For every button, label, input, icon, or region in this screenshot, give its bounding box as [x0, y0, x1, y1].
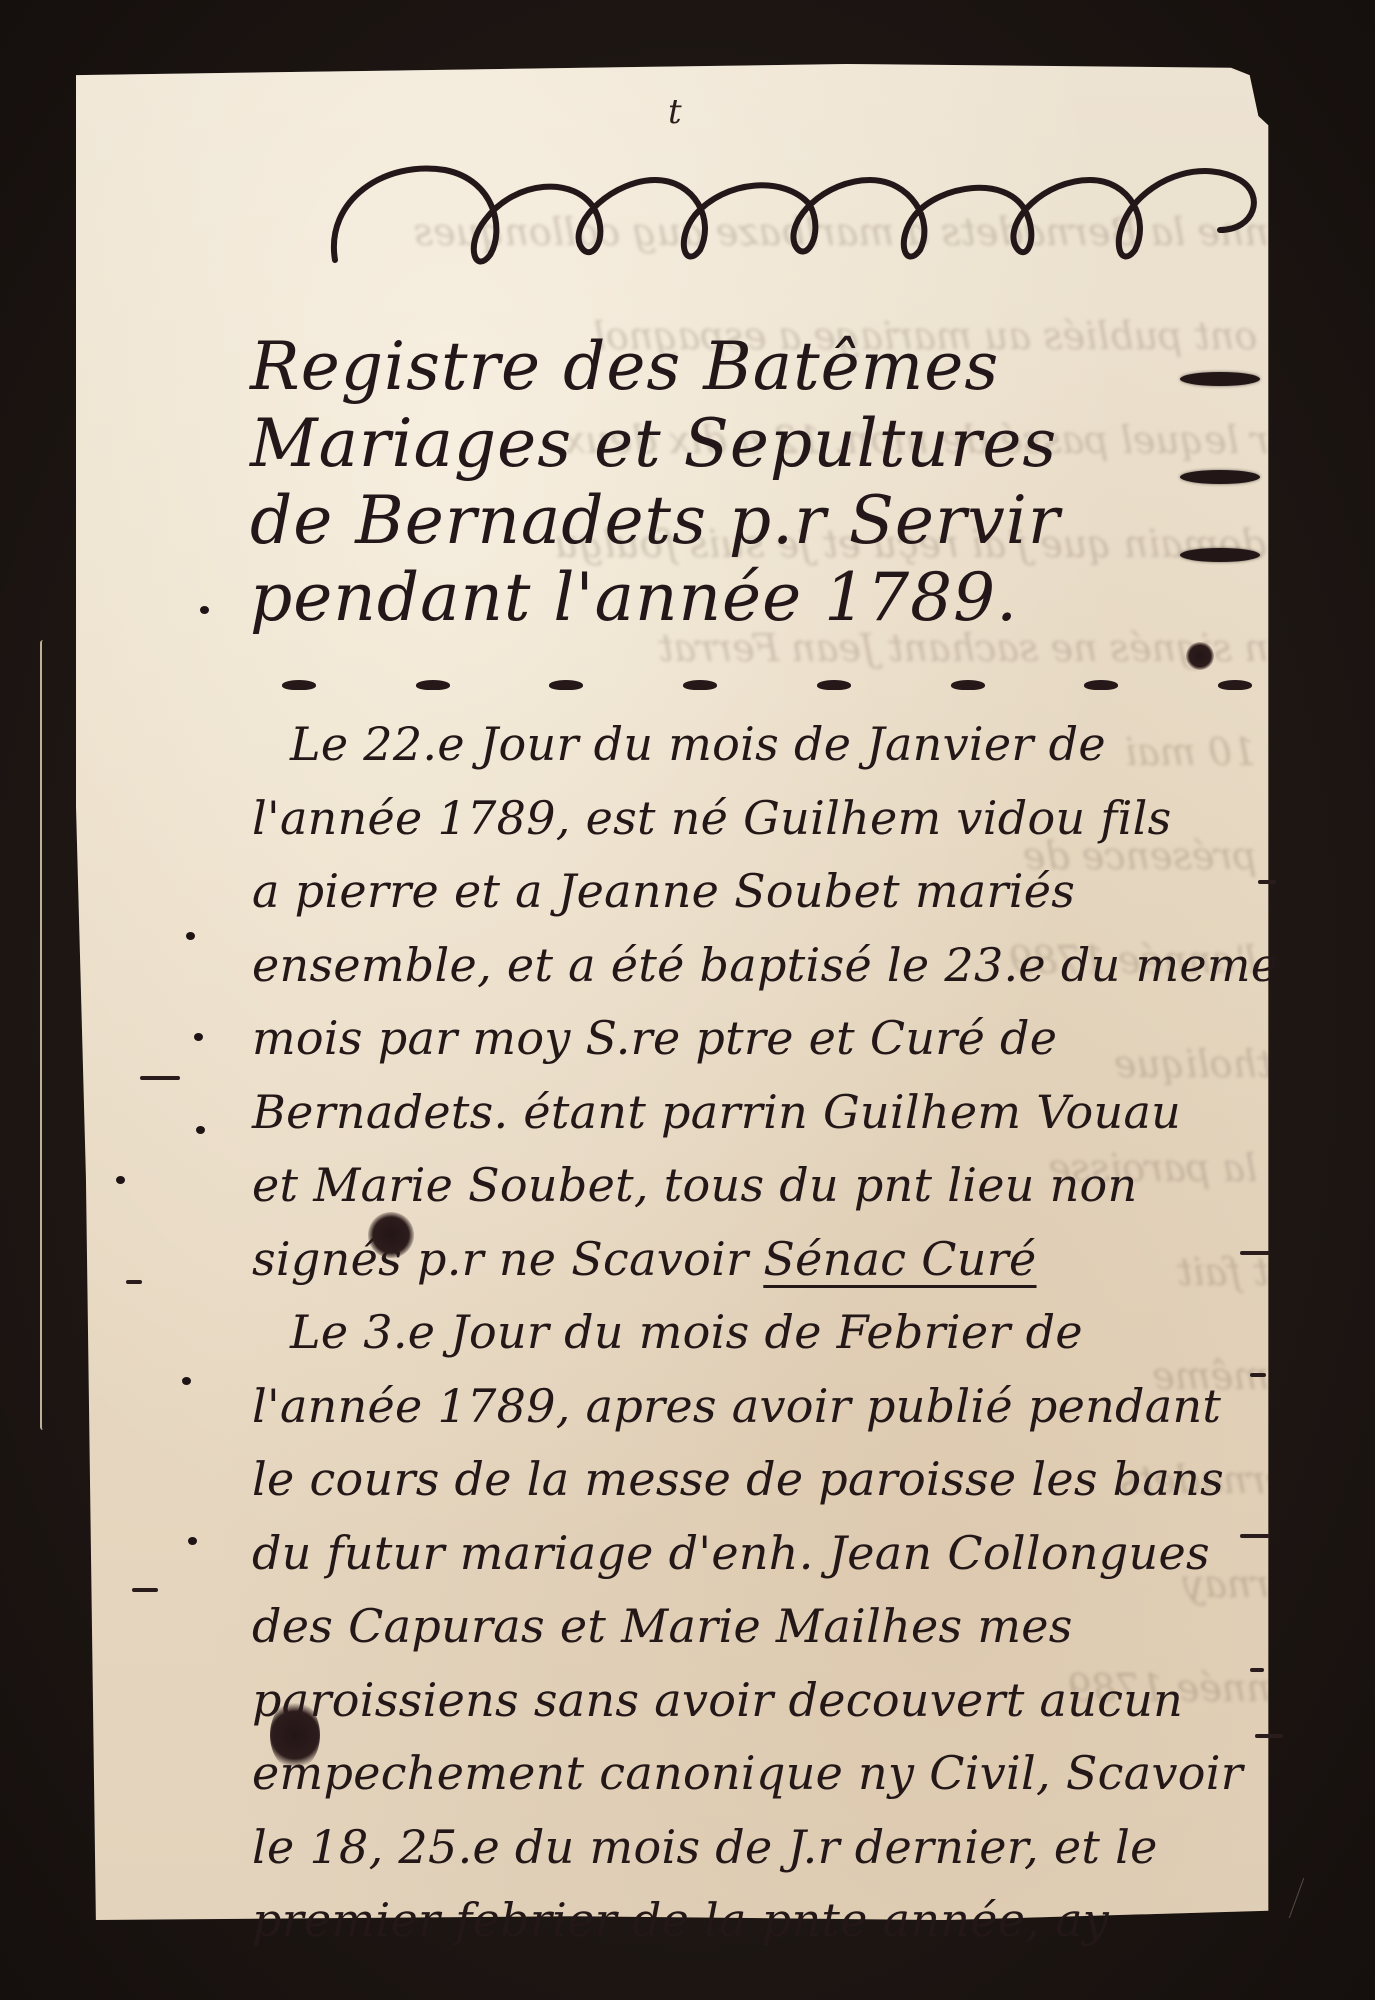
decorative-flourish-icon [325, 150, 1275, 270]
divider-mark [416, 680, 450, 690]
register-title: Registre des Batêmes Mariages et Sepultu… [250, 328, 1170, 636]
title-line: pendant l'année 1789. [250, 559, 1170, 636]
margin-dot [196, 1126, 205, 1134]
margin-dot [194, 1033, 203, 1041]
entry-line: l'année 1789, apres avoir publié pendant [252, 1370, 1282, 1444]
margin-dash [1258, 880, 1276, 884]
title-dash [1180, 548, 1260, 562]
title-line: de Bernadets p.r Servir [250, 482, 1170, 559]
entry-line: ensemble, et a été baptisé le 23.e du me… [252, 929, 1282, 1003]
entry-line: mois par moy S.re ptre et Curé de [252, 1002, 1282, 1076]
margin-dash [1240, 1251, 1270, 1255]
title-line: Mariages et Sepultures [250, 405, 1170, 482]
baptism-entry: Le 22.e Jour du mois de Janvier de l'ann… [252, 708, 1282, 1296]
margin-dot [188, 1537, 197, 1545]
entry-line: paroissiens sans avoir decouvert aucun [252, 1664, 1282, 1738]
register-entries: Le 22.e Jour du mois de Janvier de l'ann… [252, 708, 1282, 1958]
page-marker: t [668, 92, 682, 132]
ink-blot [1186, 642, 1214, 670]
section-divider [282, 680, 1252, 690]
entry-line: le cours de la messe de paroisse les ban… [252, 1443, 1282, 1517]
entry-line: Bernadets. étant parrin Guilhem Vouau [252, 1076, 1282, 1150]
title-line: Registre des Batêmes [250, 328, 1170, 405]
entry-line: du futur mariage d'enh. Jean Collongues [252, 1517, 1282, 1591]
entry-line: et Marie Soubet, tous du pnt lieu non [252, 1149, 1282, 1223]
margin-dash [140, 1076, 180, 1080]
binding-thread [40, 640, 48, 1430]
margin-dot [116, 1176, 125, 1184]
margin-dot [200, 606, 209, 614]
margin-dash [1255, 1734, 1283, 1738]
margin-dash [1250, 1668, 1264, 1672]
entry-line: empechement canonique ny Civil, Scavoir [252, 1737, 1282, 1811]
title-dash [1180, 372, 1260, 386]
margin-dash [126, 1280, 142, 1284]
entry-line: Le 3.e Jour du mois de Febrier de [252, 1296, 1282, 1370]
margin-dash [1250, 1373, 1266, 1377]
margin-dot [182, 1377, 191, 1385]
title-dash [1180, 470, 1260, 484]
entry-line: Le 22.e Jour du mois de Janvier de [252, 708, 1282, 782]
marriage-entry: Le 3.e Jour du mois de Febrier de l'anné… [252, 1296, 1282, 1958]
ink-blot [368, 1212, 414, 1258]
margin-dash [132, 1588, 158, 1592]
entry-line: l'année 1789, est né Guilhem vidou fils [252, 782, 1282, 856]
divider-mark [951, 680, 985, 690]
divider-mark [1218, 680, 1252, 690]
entry-text: signés p.r ne Scavoir [252, 1232, 748, 1286]
divider-mark [282, 680, 316, 690]
margin-dot [186, 932, 195, 940]
margin-dash [1240, 1534, 1270, 1538]
divider-mark [1084, 680, 1118, 690]
ink-blot [270, 1700, 320, 1770]
divider-mark [683, 680, 717, 690]
entry-line: premier febrier de la pnte année, ay [252, 1884, 1282, 1958]
divider-mark [549, 680, 583, 690]
cure-signature: Sénac Curé [763, 1232, 1036, 1286]
divider-mark [817, 680, 851, 690]
entry-line: a pierre et a Jeanne Soubet mariés [252, 855, 1282, 929]
entry-line: des Capuras et Marie Mailhes mes [252, 1590, 1282, 1664]
entry-line: le 18, 25.e du mois de J.r dernier, et l… [252, 1811, 1282, 1885]
